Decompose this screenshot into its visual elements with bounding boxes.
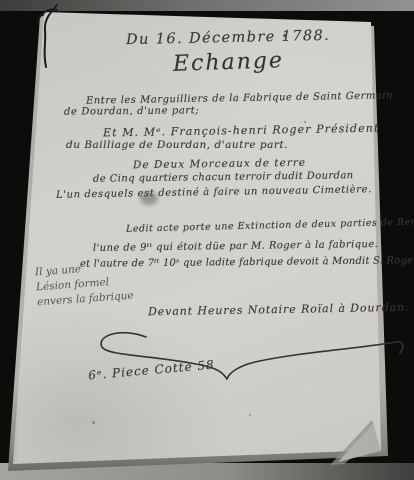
binding-thread-icon: [28, 0, 72, 84]
body-line-land-1: De Deux Morceaux de terre: [133, 157, 306, 171]
ink-speck: [249, 414, 251, 416]
photographed-manuscript: Du 16. Décembre 1788. Echange Entre les …: [0, 0, 414, 480]
margin-note: Il ya une Lésion formel envers la fabriq…: [35, 259, 135, 311]
body-line-roger-2: du Bailliage de Dourdan, d'autre part.: [66, 139, 288, 151]
ink-speck: [92, 421, 95, 424]
body-line-parties-2: de Dourdan, d'une part;: [64, 105, 199, 117]
page-title: Echange: [173, 48, 285, 77]
